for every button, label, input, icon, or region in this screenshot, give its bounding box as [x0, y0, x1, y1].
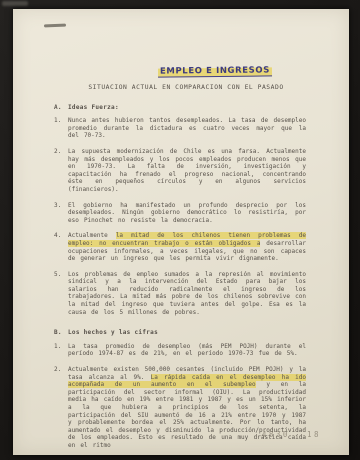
item-number: 2.	[54, 366, 68, 450]
section-heading-text: Ideas Fuerza:	[68, 104, 119, 112]
document-subtitle: SITUACION ACTUAL EN COMPARACION CON EL P…	[54, 84, 306, 92]
item-number: 2.	[54, 148, 68, 194]
item-text: Los problemas de empleo sumados a la rep…	[68, 271, 306, 317]
item-text-segment: Los problemas de empleo sumados a la rep…	[68, 271, 306, 316]
item-text: Actualmente la mitad de los chilenos tie…	[68, 232, 306, 262]
document-title: EMPLEO E INGRESOS	[158, 67, 272, 77]
item-text-segment: Nunca antes hubieron tantos desempleados…	[68, 117, 306, 139]
item-text: El gobierno ha manifestado un profundo d…	[68, 202, 306, 225]
document-page: EMPLEO E INGRESOS SITUACION ACTUAL EN CO…	[13, 9, 349, 455]
title-row: EMPLEO E INGRESOS	[54, 68, 306, 80]
item-text-segment: La tasa promedio de desempleo (más PEM P…	[68, 343, 306, 358]
section-heading-text: Los hechos y las cifras	[68, 329, 158, 337]
page-stamp: 4830 18	[262, 430, 321, 439]
document-content: EMPLEO E INGRESOS SITUACION ACTUAL EN CO…	[54, 9, 306, 458]
item-number: 5.	[54, 271, 68, 317]
item-text: La tasa promedio de desempleo (más PEM P…	[68, 343, 306, 358]
item-number: 1.	[54, 343, 68, 358]
item-text: Nunca antes hubieron tantos desempleados…	[68, 117, 306, 140]
list-item: 1. Nunca antes hubieron tantos desemplea…	[54, 117, 306, 140]
section-a-heading: A. Ideas Fuerza:	[54, 104, 306, 112]
item-text-segment: La supuesta modernización de Chile es un…	[68, 148, 306, 193]
section-b-heading: B. Los hechos y las cifras	[54, 329, 306, 337]
item-number: 3.	[54, 202, 68, 225]
section-letter: B.	[54, 329, 68, 337]
border-marking	[2, 1, 28, 6]
section-letter: A.	[54, 104, 68, 112]
page-number: 18	[307, 430, 321, 439]
item-number: 4.	[54, 232, 68, 262]
list-item: 2. La supuesta modernización de Chile es…	[54, 148, 306, 194]
item-text-segment: Actualmente	[68, 232, 116, 239]
list-item: 4. Actualmente la mitad de los chilenos …	[54, 232, 306, 262]
item-text: La supuesta modernización de Chile es un…	[68, 148, 306, 194]
list-item: 1. La tasa promedio de desempleo (más PE…	[54, 343, 306, 358]
stamp-number: 4830	[262, 430, 290, 439]
list-item: 3. El gobierno ha manifestado un profund…	[54, 202, 306, 225]
list-item: 5. Los problemas de empleo sumados a la …	[54, 271, 306, 317]
item-text-segment: El gobierno ha manifestado un profundo d…	[68, 202, 306, 224]
item-number: 1.	[54, 117, 68, 140]
photo-background: EMPLEO E INGRESOS SITUACION ACTUAL EN CO…	[0, 0, 360, 460]
